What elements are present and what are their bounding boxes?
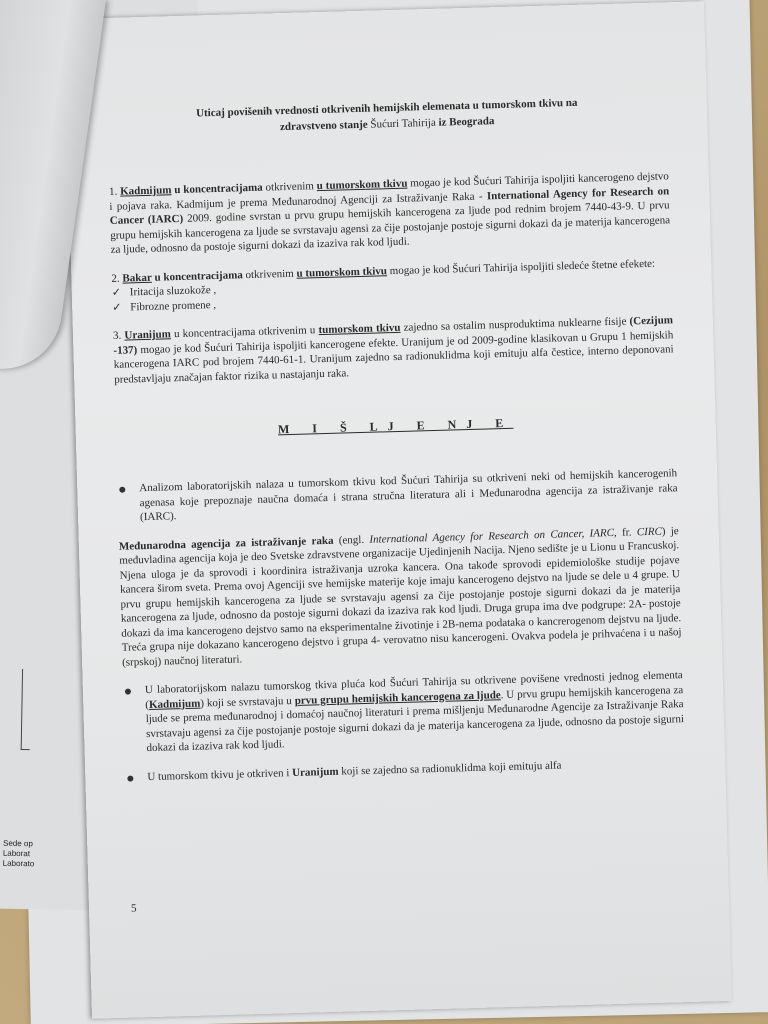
section-uranijum: 3. Uranijum u koncentracijama otkrivenim…	[113, 313, 674, 387]
bullet-analysis: Analizom laboratorijskih nalaza u tumors…	[117, 466, 678, 525]
document-page: Uticaj povišenih vrednosti otkrivenih he…	[64, 1, 732, 1018]
bullet-icon	[127, 775, 133, 781]
section-kadmijum: 1. Kadmijum u koncentracijama otkrivenim…	[109, 169, 671, 257]
bracket-mark	[21, 669, 31, 750]
bullet-icon	[125, 689, 131, 695]
checkmark-icon: ✓	[112, 285, 130, 300]
bullet-uranium: U tumorskom tkivu je otkriven i Uranijum…	[125, 755, 685, 785]
iarc-paragraph: Međunarodna agencija za istraživanje rak…	[119, 524, 682, 670]
document-title: Uticaj povišenih vrednosti otkrivenih he…	[107, 92, 668, 140]
bullet-findings: U laboratorijskom nalazu tumorskog tkiva…	[123, 668, 685, 756]
checkmark-icon: ✓	[112, 300, 130, 315]
opinion-heading: M I Š LJ E NJ E	[116, 411, 676, 442]
bullet-icon	[119, 487, 125, 493]
page-number: 5	[131, 902, 137, 914]
section-bakar: 2. Bakar u koncentracijama otkrivenim u …	[111, 256, 672, 315]
left-sheet-footer: Sede op Laborat Laborato	[3, 839, 35, 870]
